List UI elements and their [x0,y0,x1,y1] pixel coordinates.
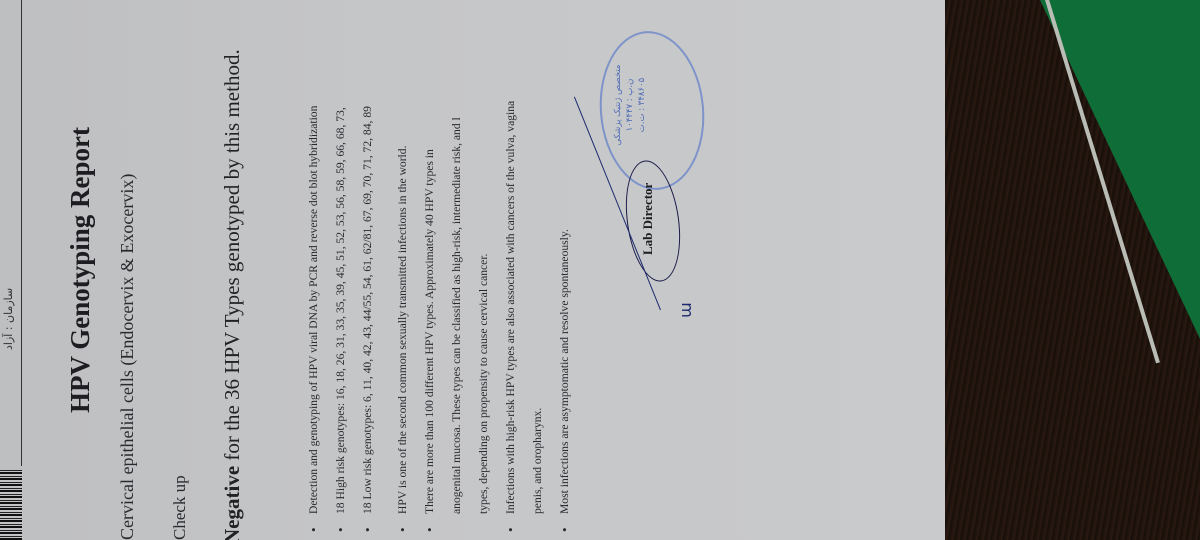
clinical-info: Check up [170,475,190,540]
method-note: Detection and genotyping of HPV viral DN… [300,0,327,540]
result-description: for the 36 HPV Types genotyped by this m… [220,49,244,466]
report-title: HPV Genotyping Report [65,0,96,540]
report-sheet: سازمان : آزاد HPV Genotyping Report Cerv… [0,0,945,540]
header-divider [21,0,22,466]
signature-mark: ɯ [676,302,695,318]
barcode [0,470,22,540]
report-page: سازمان : آزاد HPV Genotyping Report Cerv… [0,0,945,540]
specimen-type: Cervical epithelial cells (Endocervix & … [117,174,138,540]
high-risk-genotypes: 18 High risk genotypes: 16, 18, 26, 31, … [327,0,354,540]
info-note: There are more than 100 different HPV ty… [416,0,497,540]
test-result: Negative for the 36 HPV Types genotyped … [220,49,245,540]
notes-list: Detection and genotyping of HPV viral DN… [300,0,578,540]
organization-label: سازمان : آزاد [2,288,15,350]
stamp-text: متخصص ژنتیک پزشکی ن.پ : ۱۰۴۴۴۷ ۳۴۸۶۰۵ : … [612,50,648,160]
info-note: Infections with high-risk HPV types are … [497,0,551,540]
low-risk-genotypes: 18 Low risk genotypes: 6, 11, 40, 42, 43… [354,0,381,540]
info-note: HPV is one of the second common sexually… [389,0,416,540]
result-status: Negative [220,466,244,540]
lab-director-label: Lab Director [640,183,656,255]
info-note: Most infections are asymptomatic and res… [551,0,578,540]
